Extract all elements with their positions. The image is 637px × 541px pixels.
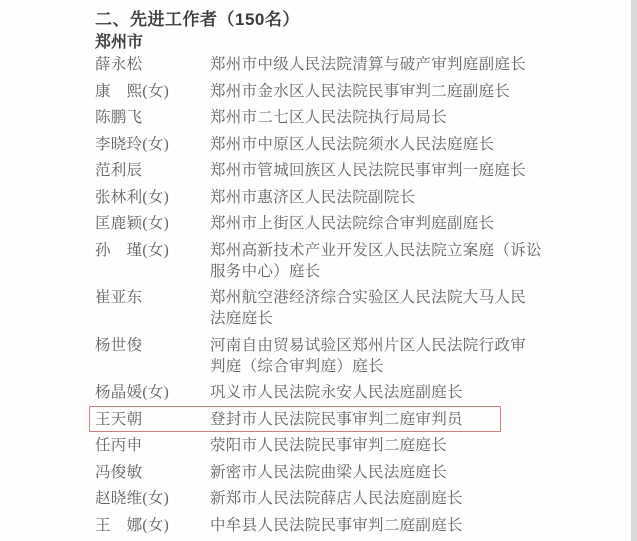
person-name: 杨晶媛(女) — [95, 382, 210, 403]
roster-row: 匡鹿颖(女) 郑州市上街区人民法院综合审判庭副庭长 — [95, 213, 555, 234]
person-name: 王天朝 — [95, 409, 210, 430]
position-line: 法庭庭长 — [210, 308, 555, 329]
section-title: 二、先进工作者（150名） — [95, 8, 555, 32]
person-name: 范利辰 — [95, 160, 210, 181]
position-line: 郑州市管城回族区人民法院民事审判一庭庭长 — [210, 160, 555, 181]
roster-row: 王天朝 登封市人民法院民事审判二庭审判员 — [95, 409, 555, 430]
person-name: 陈鹏飞 — [95, 107, 210, 128]
person-position: 郑州市金水区人民法院民事审判二庭副庭长 — [210, 81, 555, 102]
roster-row: 孙 瑾(女) 郑州高新技术产业开发区人民法院立案庭（诉讼服务中心）庭长 — [95, 240, 555, 282]
position-line: 郑州市中级人民法院清算与破产审判庭副庭长 — [210, 54, 555, 75]
position-line: 中牟县人民法院民事审判二庭副庭长 — [210, 515, 555, 536]
roster-row: 李晓玲(女) 郑州市中原区人民法院须水人民法庭庭长 — [95, 134, 555, 155]
position-line: 巩义市人民法院永安人民法庭副庭长 — [210, 382, 555, 403]
person-position: 郑州市中原区人民法院须水人民法庭庭长 — [210, 134, 555, 155]
position-line: 郑州市金水区人民法院民事审判二庭副庭长 — [210, 81, 555, 102]
roster-row: 薛永松 郑州市中级人民法院清算与破产审判庭副庭长 — [95, 54, 555, 75]
position-line: 郑州航空港经济综合实验区人民法院大马人民 — [210, 287, 555, 308]
roster-row: 任丙申 荥阳市人民法院民事审判二庭庭长 — [95, 435, 555, 456]
person-name: 匡鹿颖(女) — [95, 213, 210, 234]
person-position: 新密市人民法院曲梁人民法庭庭长 — [210, 462, 555, 483]
person-name: 薛永松 — [95, 54, 210, 75]
person-position: 中牟县人民法院民事审判二庭副庭长 — [210, 515, 555, 536]
person-position: 河南自由贸易试验区郑州片区人民法院行政审判庭（综合审判庭）庭长 — [210, 335, 555, 377]
person-position: 荥阳市人民法院民事审判二庭庭长 — [210, 435, 555, 456]
person-position: 郑州市中级人民法院清算与破产审判庭副庭长 — [210, 54, 555, 75]
roster-row: 冯俊敏 新密市人民法院曲梁人民法庭庭长 — [95, 462, 555, 483]
person-name: 康 熙(女) — [95, 81, 210, 102]
person-name: 赵晓维(女) — [95, 488, 210, 509]
document-content: 二、先进工作者（150名） 郑州市 薛永松 郑州市中级人民法院清算与破产审判庭副… — [95, 8, 555, 541]
roster-row: 康 熙(女) 郑州市金水区人民法院民事审判二庭副庭长 — [95, 81, 555, 102]
position-line: 郑州高新技术产业开发区人民法院立案庭（诉讼 — [210, 240, 555, 261]
position-line: 新郑市人民法院薛店人民法庭副庭长 — [210, 488, 555, 509]
region-heading: 郑州市 — [95, 32, 555, 54]
scanned-document-page: 二、先进工作者（150名） 郑州市 薛永松 郑州市中级人民法院清算与破产审判庭副… — [0, 0, 637, 541]
roster-row: 杨世俊 河南自由贸易试验区郑州片区人民法院行政审判庭（综合审判庭）庭长 — [95, 335, 555, 377]
person-name: 杨世俊 — [95, 335, 210, 356]
roster-row: 赵晓维(女) 新郑市人民法院薛店人民法庭副庭长 — [95, 488, 555, 509]
person-name: 任丙申 — [95, 435, 210, 456]
person-position: 郑州市上街区人民法院综合审判庭副庭长 — [210, 213, 555, 234]
person-name: 王 娜(女) — [95, 515, 210, 536]
person-position: 郑州市管城回族区人民法院民事审判一庭庭长 — [210, 160, 555, 181]
position-line: 河南自由贸易试验区郑州片区人民法院行政审 — [210, 335, 555, 356]
position-line: 郑州市上街区人民法院综合审判庭副庭长 — [210, 213, 555, 234]
position-line: 荥阳市人民法院民事审判二庭庭长 — [210, 435, 555, 456]
page-edge-strip — [631, 0, 637, 541]
position-line: 郑州市二七区人民法院执行局局长 — [210, 107, 555, 128]
person-position: 巩义市人民法院永安人民法庭副庭长 — [210, 382, 555, 403]
person-position: 郑州市惠济区人民法院副院长 — [210, 187, 555, 208]
position-line: 郑州市惠济区人民法院副院长 — [210, 187, 555, 208]
roster: 薛永松 郑州市中级人民法院清算与破产审判庭副庭长 康 熙(女) 郑州市金水区人民… — [95, 54, 555, 536]
person-position: 郑州高新技术产业开发区人民法院立案庭（诉讼服务中心）庭长 — [210, 240, 555, 282]
person-name: 冯俊敏 — [95, 462, 210, 483]
roster-row: 王 娜(女) 中牟县人民法院民事审判二庭副庭长 — [95, 515, 555, 536]
person-position: 登封市人民法院民事审判二庭审判员 — [210, 409, 555, 430]
position-line: 登封市人民法院民事审判二庭审判员 — [210, 409, 555, 430]
person-position: 郑州航空港经济综合实验区人民法院大马人民法庭庭长 — [210, 287, 555, 329]
position-line: 服务中心）庭长 — [210, 261, 555, 282]
position-line: 新密市人民法院曲梁人民法庭庭长 — [210, 462, 555, 483]
person-name: 李晓玲(女) — [95, 134, 210, 155]
position-line: 郑州市中原区人民法院须水人民法庭庭长 — [210, 134, 555, 155]
roster-row: 崔亚东 郑州航空港经济综合实验区人民法院大马人民法庭庭长 — [95, 287, 555, 329]
person-name: 孙 瑾(女) — [95, 240, 210, 261]
person-position: 郑州市二七区人民法院执行局局长 — [210, 107, 555, 128]
person-name: 张林利(女) — [95, 187, 210, 208]
roster-row: 杨晶媛(女) 巩义市人民法院永安人民法庭副庭长 — [95, 382, 555, 403]
roster-row: 陈鹏飞 郑州市二七区人民法院执行局局长 — [95, 107, 555, 128]
roster-row: 张林利(女) 郑州市惠济区人民法院副院长 — [95, 187, 555, 208]
position-line: 判庭（综合审判庭）庭长 — [210, 356, 555, 377]
roster-row: 范利辰 郑州市管城回族区人民法院民事审判一庭庭长 — [95, 160, 555, 181]
person-position: 新郑市人民法院薛店人民法庭副庭长 — [210, 488, 555, 509]
person-name: 崔亚东 — [95, 287, 210, 308]
